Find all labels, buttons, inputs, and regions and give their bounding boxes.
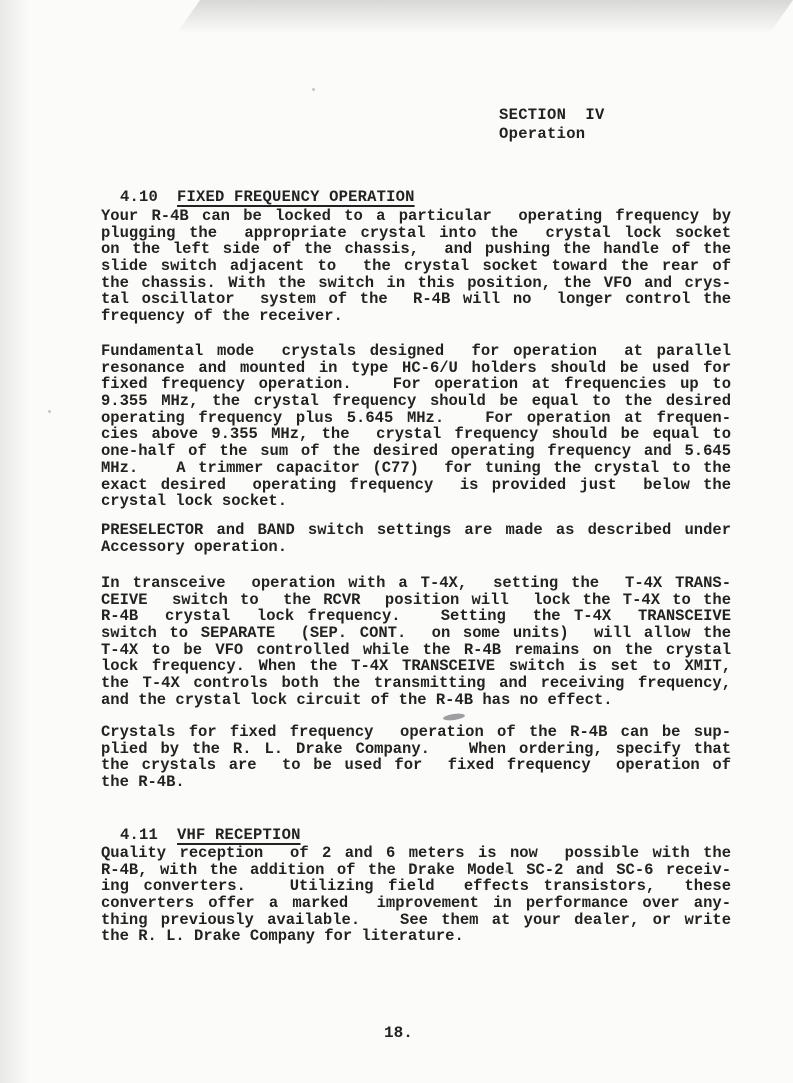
- page-edge-shadow: [0, 0, 30, 1083]
- text-line: T-4X to be VFO controlled while the R-4B…: [101, 642, 731, 659]
- text-line: ing converters. Utilizing field effects …: [101, 878, 731, 895]
- text-line: the crystals are to be used for fixed fr…: [101, 757, 731, 774]
- heading-number: 4.10: [120, 188, 158, 206]
- text-line: on the left side of the chassis, and pus…: [101, 241, 731, 258]
- text-line: Crystals for fixed frequency operation o…: [101, 724, 731, 741]
- section-label: SECTION IV: [499, 106, 605, 125]
- section-header: SECTION IV Operation: [499, 106, 605, 144]
- text-line: Quality reception of 2 and 6 meters is n…: [101, 845, 731, 862]
- section-subtitle: Operation: [499, 125, 605, 144]
- page-fold-shadow: [176, 0, 793, 34]
- text-line: MHz. A trimmer capacitor (C77) for tunin…: [101, 460, 731, 477]
- text-line: the R. L. Drake Company for literature.: [101, 928, 731, 945]
- text-line: the chassis. With the switch in this pos…: [101, 275, 731, 292]
- text-line: exact desired operating frequency is pro…: [101, 477, 731, 494]
- heading-title: FIXED FREQUENCY OPERATION: [177, 188, 415, 206]
- text-line: thing previously available. See them at …: [101, 912, 731, 929]
- heading-4-11: 4.11 VHF RECEPTION: [101, 808, 301, 844]
- text-line: CEIVE switch to the RCVR position will l…: [101, 592, 731, 609]
- paragraph-preselector: PRESELECTOR and BAND switch settings are…: [101, 522, 731, 555]
- paragraph-transceive: In transceive operation with a T-4X, set…: [101, 575, 731, 709]
- text-line: lock frequency. When the T-4X TRANSCEIVE…: [101, 658, 731, 675]
- paragraph-fundamental-mode: Fundamental mode crystals designed for o…: [101, 343, 731, 510]
- text-line: Fundamental mode crystals designed for o…: [101, 343, 731, 360]
- paragraph-crystals-supply: Crystals for fixed frequency operation o…: [101, 724, 731, 791]
- page-number: 18.: [384, 1024, 413, 1042]
- text-line: operating frequency plus 5.645 MHz. For …: [101, 410, 731, 427]
- paper-speck: [48, 410, 51, 413]
- text-line: the R-4B.: [101, 774, 731, 791]
- text-line: plied by the R. L. Drake Company. When o…: [101, 741, 731, 758]
- heading-number: 4.11: [120, 826, 158, 844]
- heading-4-10: 4.10 FIXED FREQUENCY OPERATION: [101, 170, 415, 206]
- text-line: R-4B crystal lock frequency. Setting the…: [101, 608, 731, 625]
- text-line: tal oscillator system of the R-4B will n…: [101, 291, 731, 308]
- text-line: 9.355 MHz, the crystal frequency should …: [101, 393, 731, 410]
- paper-speck: [505, 870, 508, 873]
- text-line: converters offer a marked improvement in…: [101, 895, 731, 912]
- ink-smudge: [443, 712, 466, 721]
- text-line: Your R-4B can be locked to a particular …: [101, 208, 731, 225]
- text-line: resonance and mounted in type HC-6/U hol…: [101, 360, 731, 377]
- text-line: cies above 9.355 MHz, the crystal freque…: [101, 426, 731, 443]
- paragraph-vhf-reception: Quality reception of 2 and 6 meters is n…: [101, 845, 731, 945]
- text-line: slide switch adjacent to the crystal soc…: [101, 258, 731, 275]
- text-line: PRESELECTOR and BAND switch settings are…: [101, 522, 731, 539]
- paper-speck: [312, 88, 315, 91]
- text-line: Accessory operation.: [101, 539, 731, 556]
- paragraph-crystal-lock: Your R-4B can be locked to a particular …: [101, 208, 731, 325]
- text-line: plugging the appropriate crystal into th…: [101, 225, 731, 242]
- text-line: switch to SEPARATE (SEP. CONT. on some u…: [101, 625, 731, 642]
- text-line: one-half of the sum of the desired opera…: [101, 443, 731, 460]
- heading-title: VHF RECEPTION: [177, 826, 301, 844]
- text-line: In transceive operation with a T-4X, set…: [101, 575, 731, 592]
- text-line: and the crystal lock circuit of the R-4B…: [101, 692, 731, 709]
- text-line: frequency of the receiver.: [101, 308, 731, 325]
- text-line: R-4B, with the addition of the Drake Mod…: [101, 862, 731, 879]
- text-line: the T-4X controls both the transmitting …: [101, 675, 731, 692]
- text-line: crystal lock socket.: [101, 493, 731, 510]
- text-line: fixed frequency operation. For operation…: [101, 376, 731, 393]
